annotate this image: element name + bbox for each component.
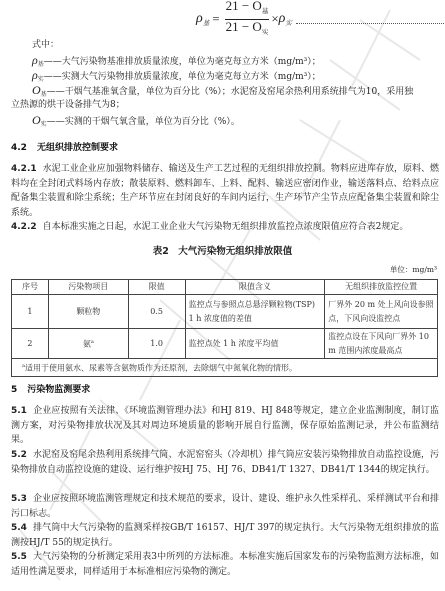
table-2-unit: 单位：mg/m³ — [390, 264, 437, 275]
table-footnote-row: a适用于使用氨水、尿素等含氨物质作为还原剂，去除烟气中氮氧化物的情形。 — [12, 359, 438, 377]
header-no: 序号 — [12, 280, 49, 295]
para-4-2-2: 4.2.2自本标准实施之日起，水泥工业企业大气污染物无组织排放监控点浓度限值应符… — [11, 220, 439, 235]
header-item: 污染物项目 — [48, 280, 128, 295]
section-4-2-heading: 4.2无组织排放控制要求 — [11, 140, 118, 153]
para-5-3: 5.3企业应按照环境监测管理规定和技术规范的要求，设计、建设、维护永久性采样孔、… — [11, 492, 439, 521]
para-5-1: 5.1企业应按照有关法律、《环境监测管理办法》和HJ 819、HJ 848等规定… — [11, 404, 439, 448]
formula-rhs: ρ实 — [279, 11, 292, 27]
header-limit: 限值 — [128, 280, 185, 295]
para-5-2: 5.2水泥窑及窑尾余热利用系统排气筒、水泥窑窑头（冷却机）排气筒应安装污染物排放… — [11, 448, 439, 477]
formula-1: ρ基 = 21 − O基 21 − O实 × ρ实 （1） — [196, 4, 445, 34]
para-5-4: 5.4排气筒中大气污染物的监测采样按GB/T 16157、HJ/T 397的规定… — [11, 521, 439, 550]
section-5-heading: 5污染物监测要求 — [11, 382, 90, 395]
header-location: 无组织排放监控位置 — [325, 280, 438, 295]
para-4-2-1: 4.2.1水泥工业企业应加强物料储存、输送及生产工艺过程的无组织排放控制。物料应… — [11, 162, 439, 220]
formula-lhs: ρ基 — [196, 11, 209, 27]
table-row: 1 颗粒物 0.5 监控点与参照点总悬浮颗粒物(TSP) 1 h 浓度值的差值 … — [12, 295, 438, 329]
definition-o-base-cont: 立热源的烘干设备排气为8； — [11, 98, 125, 113]
dot-leader — [296, 15, 445, 24]
table-2: 序号 污染物项目 限值 限值含义 无组织排放监控位置 1 颗粒物 0.5 监控点… — [11, 279, 438, 377]
formula-fraction: 21 − O基 21 − O实 — [225, 0, 270, 40]
para-5-5: 5.5大气污染物的分析测定采用表3中所列的方法标准。本标准实施后国家发布的污染物… — [11, 550, 439, 579]
where-label: 式中： — [32, 38, 59, 53]
table-row: 2 氨a 1.0 监控点处 1 h 浓度平均值 监控点设在下风向厂界外 10 m… — [12, 329, 438, 359]
definition-o-measured: O实——实测的干烟气氧含量，单位为百分比（%）。 — [32, 113, 240, 133]
header-meaning: 限值含义 — [185, 280, 325, 295]
table-header-row: 序号 污染物项目 限值 限值含义 无组织排放监控位置 — [12, 280, 438, 295]
table-2-caption: 表2 大气污染物无组织排放限值 — [0, 243, 445, 257]
